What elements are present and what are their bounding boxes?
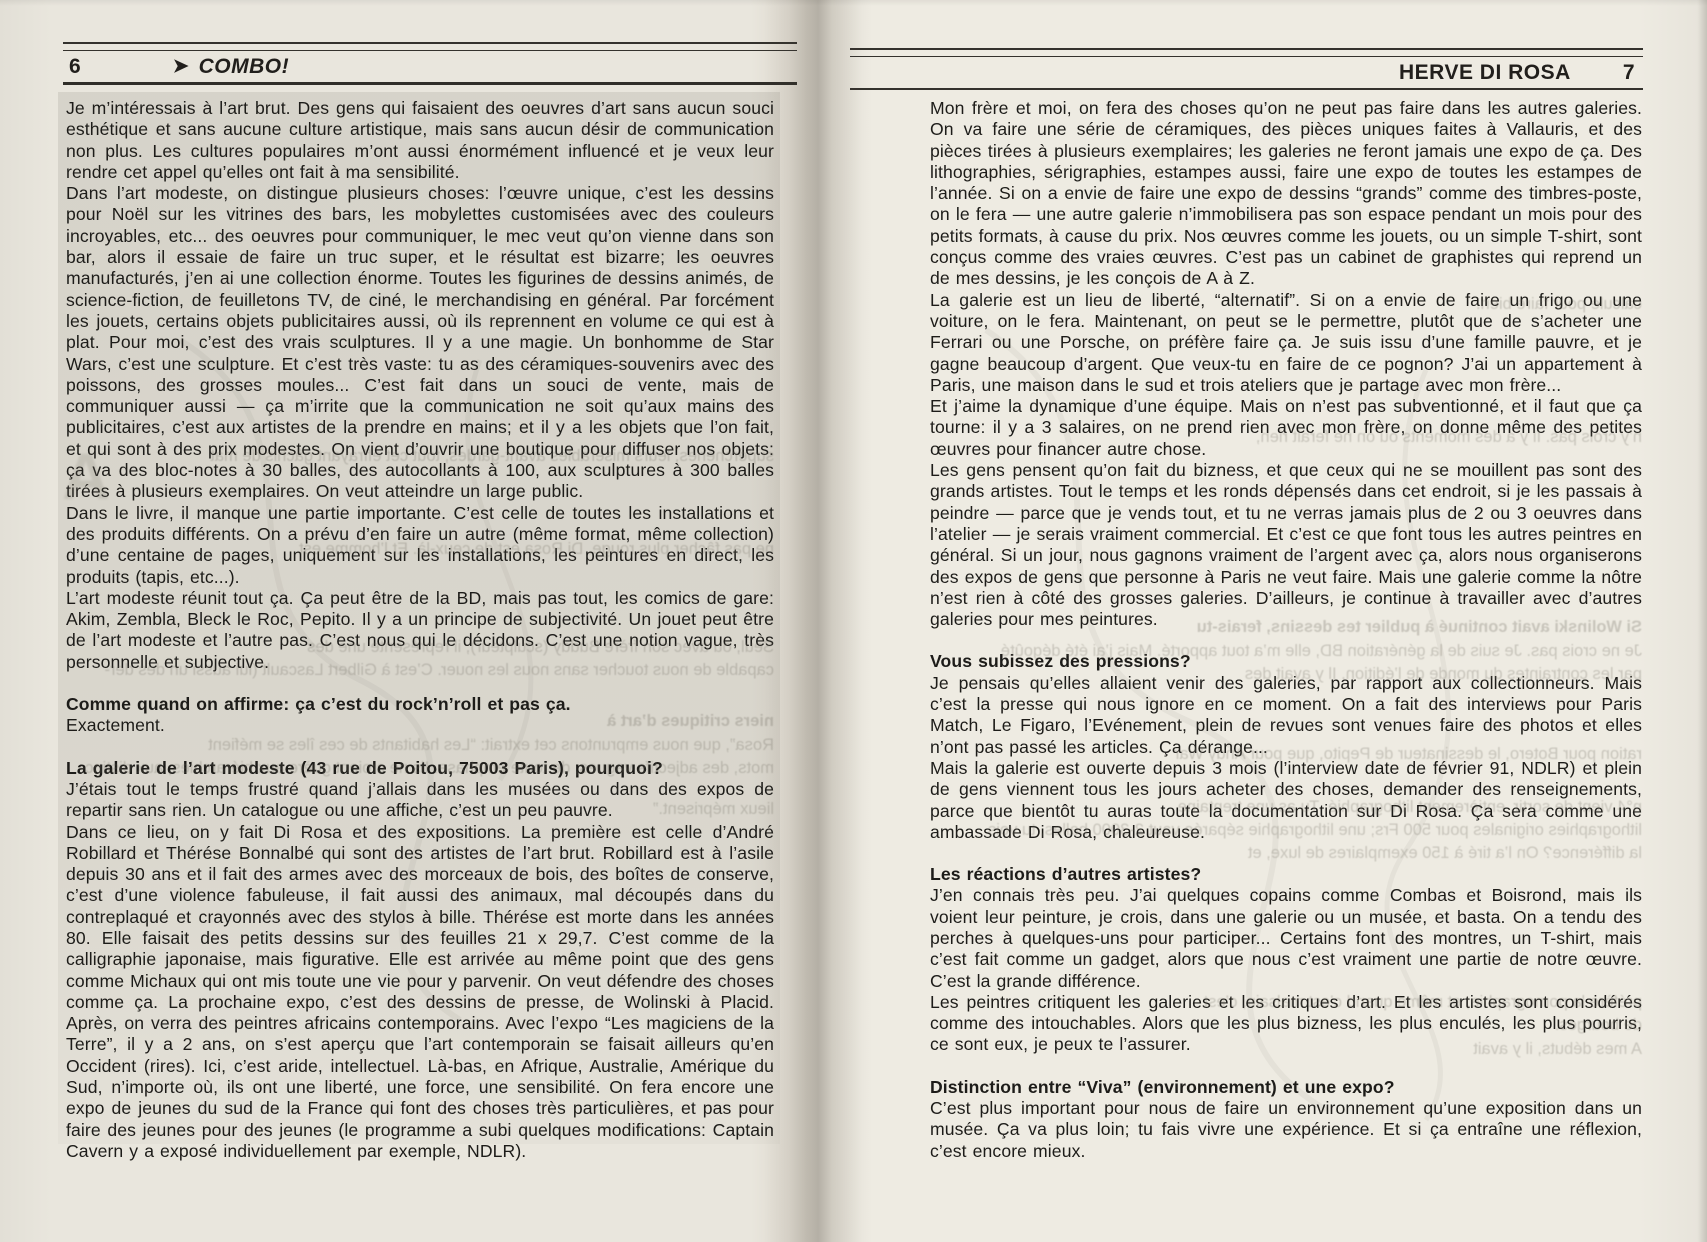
article-paragraph: Les gens pensent qu’on fait du bizness, …	[930, 460, 1642, 630]
header-rule-top	[63, 42, 797, 51]
interview-column-left: Je m’intéressais à l’art brut. Des gens …	[66, 98, 774, 1162]
article-paragraph: J’étais tout le temps frustré quand j’al…	[66, 779, 774, 822]
interview-question: Les réactions d’autres artistes?	[930, 864, 1642, 885]
interview-question: Comme quand on affirme: ça c’est du rock…	[66, 694, 774, 715]
header-rule-bottom	[850, 88, 1643, 90]
interview-question: La galerie de l’art modeste (43 rue de P…	[66, 758, 774, 779]
article-paragraph: Dans l’art modeste, on distingue plusieu…	[66, 183, 774, 502]
article-paragraph: Exactement.	[66, 715, 774, 736]
article-paragraph: Les peintres critiquent les galeries et …	[930, 992, 1642, 1056]
article-paragraph: La galerie est un lieu de liberté, “alte…	[930, 290, 1642, 396]
article-paragraph: Je m’intéressais à l’art brut. Des gens …	[66, 98, 774, 183]
article-paragraph: Et j’aime la dynamique d’une équipe. Mai…	[930, 396, 1642, 460]
page-number: 6	[69, 55, 81, 79]
article-paragraph: Dans ce lieu, on y fait Di Rosa et des e…	[66, 822, 774, 1163]
article-paragraph: Dans le livre, il manque une partie impo…	[66, 503, 774, 588]
header-rule-bottom	[63, 82, 797, 85]
page-right: HERVE DI ROSA 7 Mon frère et moi, on fer…	[806, 0, 1707, 1242]
header-row: 6 ➤ COMBO!	[63, 53, 797, 80]
header-row: HERVE DI ROSA 7	[850, 59, 1643, 86]
article-paragraph: C’est plus important pour nous de faire …	[930, 1098, 1642, 1162]
interview-question: Distinction entre “Viva” (environnement)…	[930, 1077, 1642, 1098]
arrow-icon: ➤	[173, 55, 189, 78]
page-header-left: 6 ➤ COMBO!	[63, 42, 797, 85]
article-paragraph: L’art modeste réunit tout ça. Ça peut êt…	[66, 588, 774, 673]
article-paragraph: Je pensais qu’elles allaient venir des g…	[930, 673, 1642, 758]
article-paragraph: Mon frère et moi, on fera des choses qu’…	[930, 98, 1642, 290]
page-left: 6 ➤ COMBO! Je m’intéressais à l’art brut…	[0, 0, 806, 1242]
magazine-spread-scan: 6 ➤ COMBO! Je m’intéressais à l’art brut…	[0, 0, 1707, 1242]
article-paragraph: Mais la galerie est ouverte depuis 3 moi…	[930, 758, 1642, 843]
interview-question: Vous subissez des pressions?	[930, 651, 1642, 672]
page-number: 7	[1623, 61, 1635, 85]
page-header-right: HERVE DI ROSA 7	[850, 48, 1643, 90]
header-rule-top	[850, 48, 1643, 57]
magazine-title: COMBO!	[199, 55, 290, 79]
article-paragraph: J’en connais très peu. J’ai quelques cop…	[930, 885, 1642, 991]
article-title: HERVE DI ROSA	[1399, 61, 1571, 85]
interview-column-right: Mon frère et moi, on fera des choses qu’…	[930, 98, 1642, 1162]
